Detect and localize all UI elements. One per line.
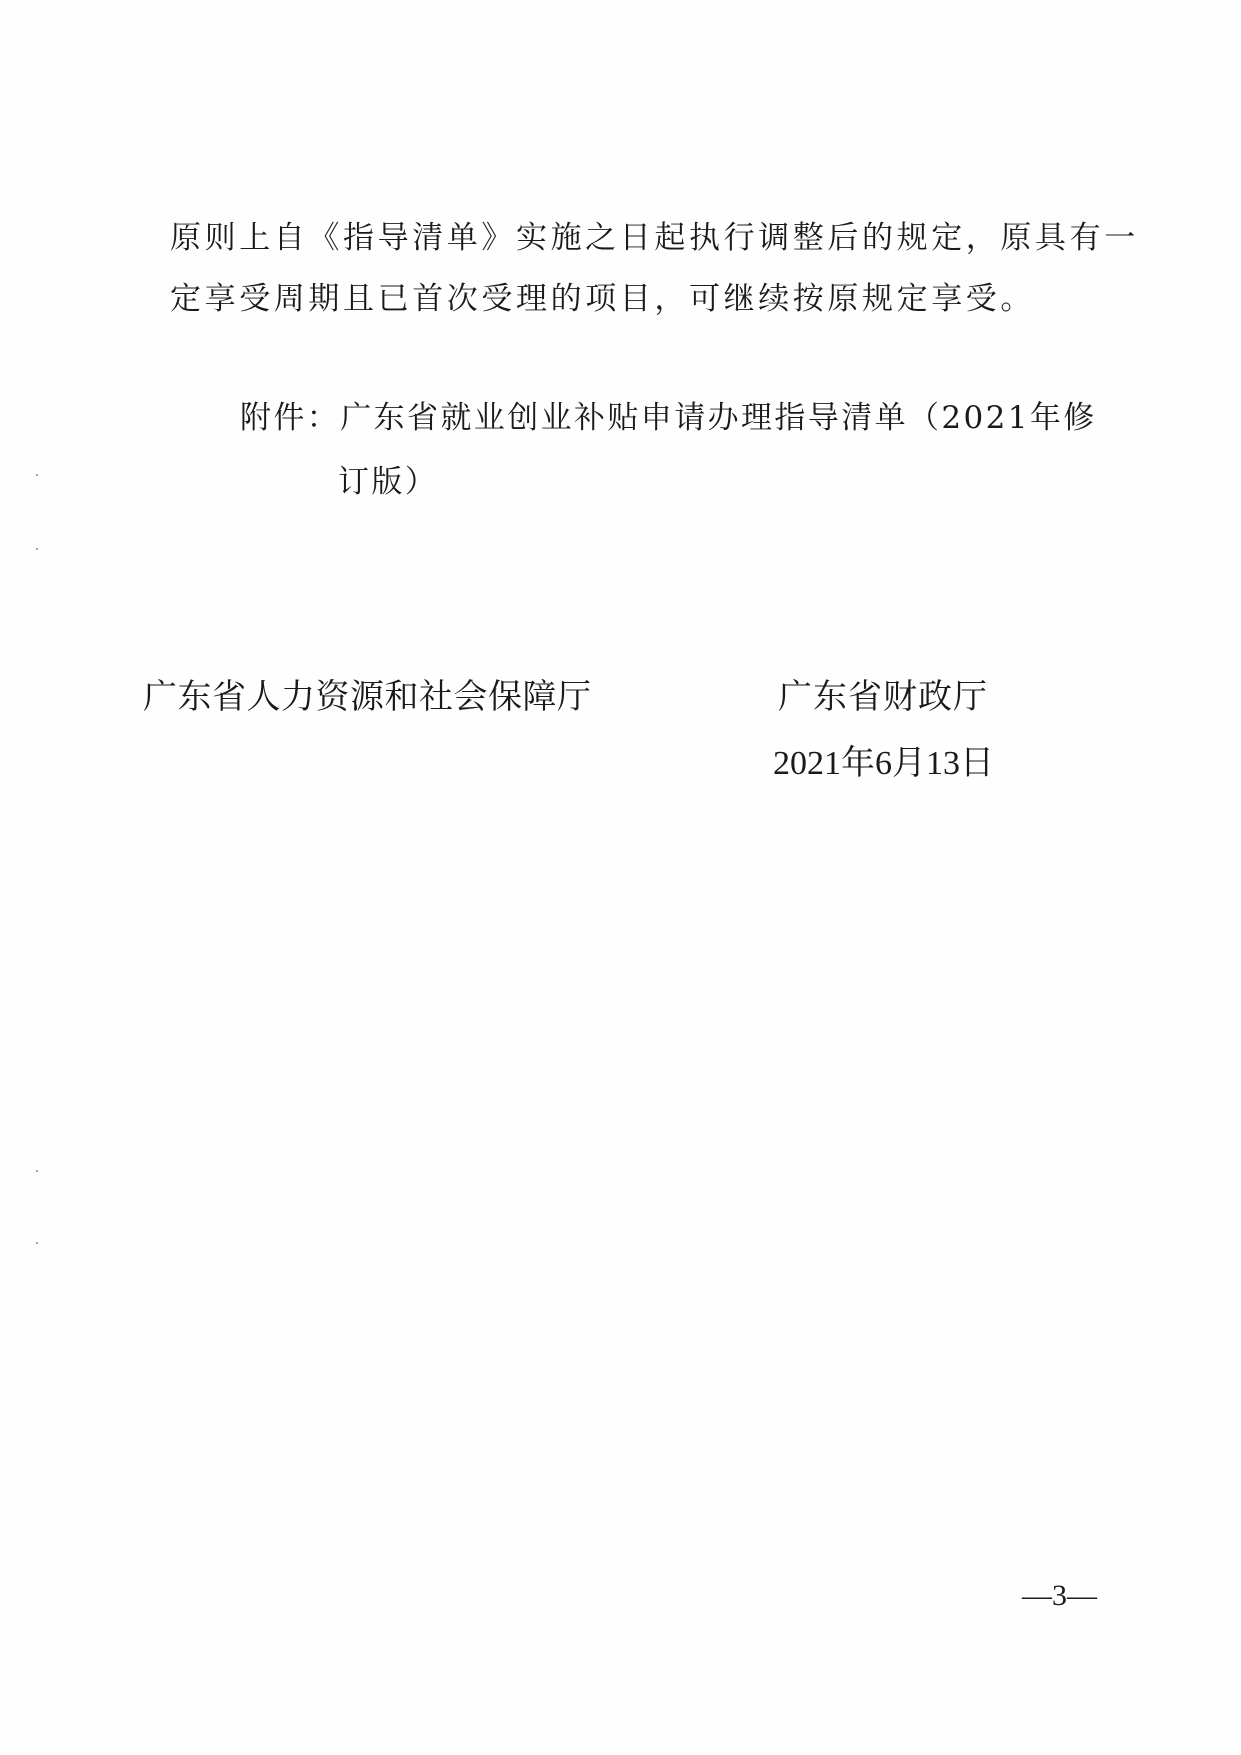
- issuer-hrss-department: 广东省人力资源和社会保障厅: [143, 676, 592, 720]
- body-paragraph-line-2: 定享受周期且已首次受理的项目，可继续按原规定享受。: [170, 279, 1035, 319]
- page-number: —3—: [1022, 1578, 1097, 1614]
- scan-speck: [36, 1170, 38, 1172]
- issuer-finance-department: 广东省财政厅: [778, 676, 988, 720]
- scan-speck: [36, 474, 38, 476]
- attachment-line-2: 订版）: [338, 462, 438, 502]
- signing-date: 2021年6月13日: [773, 742, 994, 786]
- body-paragraph-line-1: 原则上自《指导清单》实施之日起执行调整后的规定，原具有一: [170, 218, 1139, 258]
- attachment-line-1: 附件：广东省就业创业补贴申请办理指导清单（2021年修: [240, 398, 1097, 438]
- scan-speck: [36, 1242, 38, 1244]
- scan-speck: [36, 548, 38, 550]
- document-page: 原则上自《指导清单》实施之日起执行调整后的规定，原具有一 定享受周期且已首次受理…: [0, 0, 1241, 1755]
